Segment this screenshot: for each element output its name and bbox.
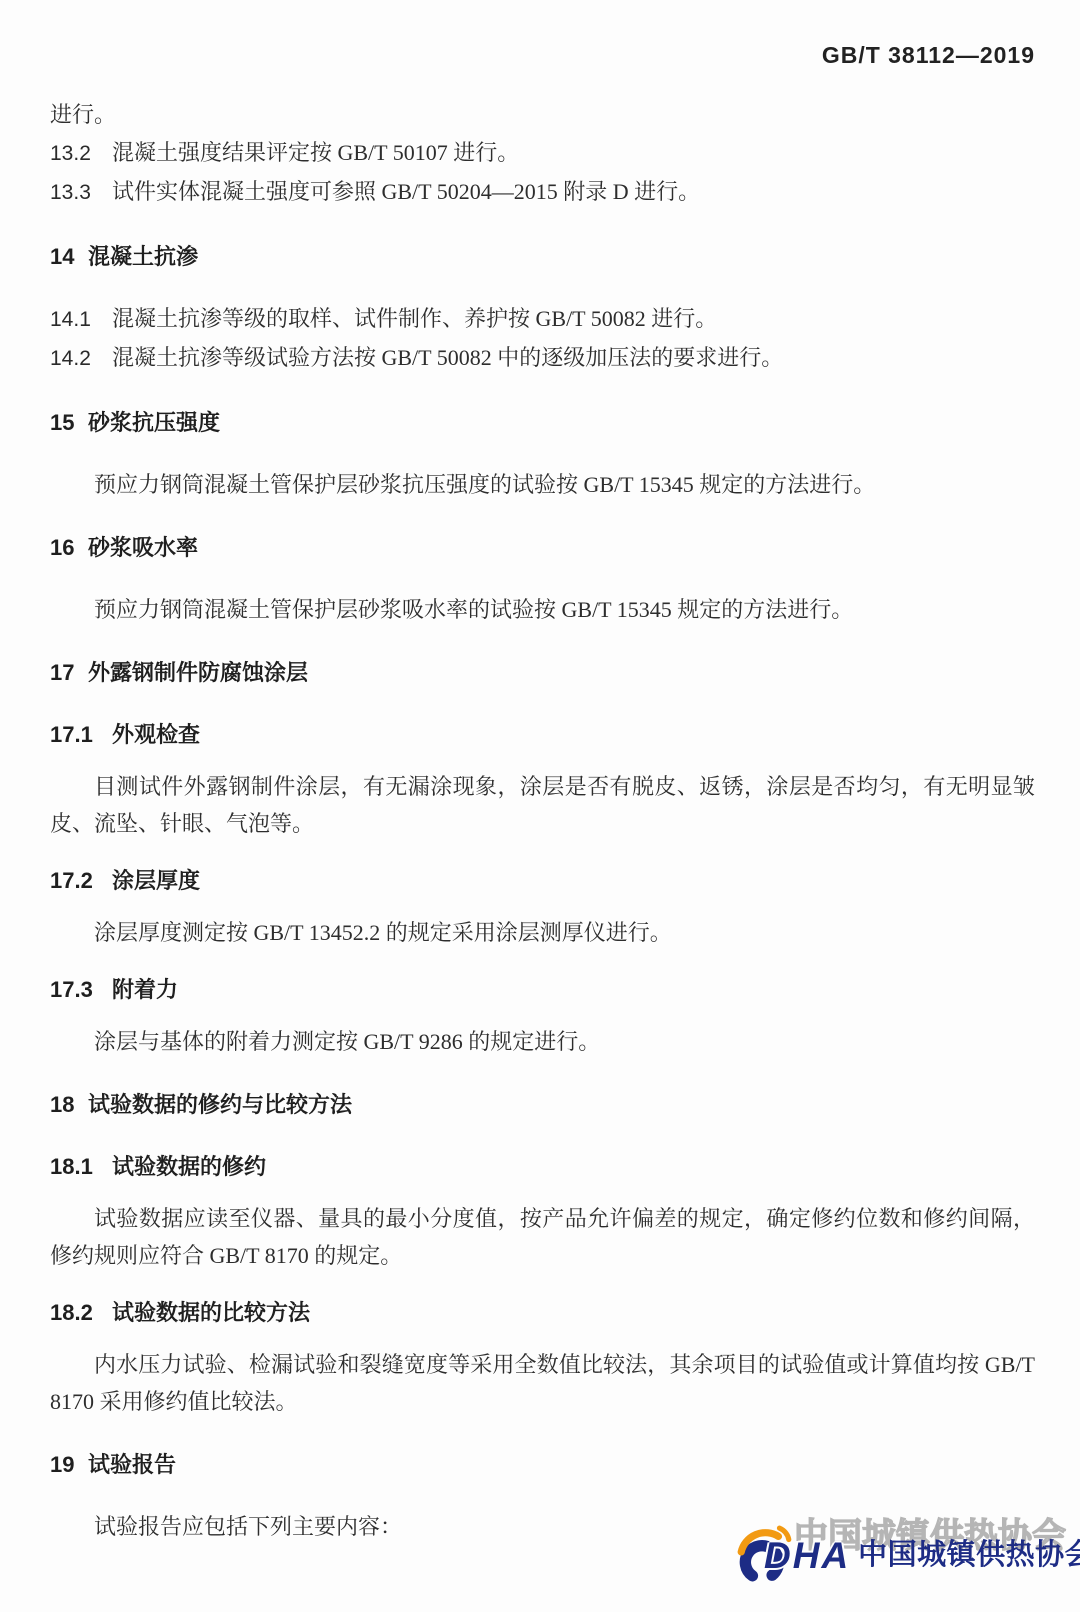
subsection-title: 试验数据的比较方法 bbox=[112, 1294, 310, 1332]
subsection-number: 17.3 bbox=[50, 971, 112, 1009]
subsection-number: 18.1 bbox=[50, 1148, 112, 1186]
section-title: 砂浆吸水率 bbox=[88, 529, 198, 567]
section-number: 14 bbox=[50, 238, 88, 276]
section-number: 15 bbox=[50, 404, 88, 442]
clause-14-2: 14.2混凝土抗渗等级试验方法按 GB/T 50082 中的逐级加压法的要求进行… bbox=[50, 339, 1035, 378]
subsection-title: 涂层厚度 bbox=[112, 862, 200, 900]
paragraph-18-2: 内水压力试验、检漏试验和裂缝宽度等采用全数值比较法，其余项目的试验值或计算值均按… bbox=[50, 1346, 1035, 1420]
section-heading-18: 18试验数据的修约与比较方法 bbox=[50, 1086, 1035, 1124]
subsection-heading-18-1: 18.1试验数据的修约 bbox=[50, 1148, 1035, 1186]
org-name: 中国城镇供热协会 bbox=[858, 1541, 1080, 1570]
subsection-number: 17.2 bbox=[50, 862, 112, 900]
clause-text: 试件实体混凝土强度可参照 GB/T 50204—2015 附录 D 进行。 bbox=[112, 179, 700, 204]
section-heading-16: 16砂浆吸水率 bbox=[50, 529, 1035, 567]
section-number: 18 bbox=[50, 1086, 88, 1124]
clause-number: 13.2 bbox=[50, 135, 112, 173]
section-title: 混凝土抗渗 bbox=[88, 238, 198, 276]
section-title: 外露钢制件防腐蚀涂层 bbox=[88, 654, 308, 692]
subsection-heading-17-2: 17.2涂层厚度 bbox=[50, 862, 1035, 900]
subsection-title: 试验数据的修约 bbox=[112, 1148, 266, 1186]
section-heading-15: 15砂浆抗压强度 bbox=[50, 404, 1035, 442]
paragraph-17-3: 涂层与基体的附着力测定按 GB/T 9286 的规定进行。 bbox=[50, 1023, 1035, 1060]
section-title: 试验数据的修约与比较方法 bbox=[88, 1086, 352, 1124]
clause-14-1: 14.1混凝土抗渗等级的取样、试件制作、养护按 GB/T 50082 进行。 bbox=[50, 300, 1035, 339]
document-page: GB/T 38112—2019 进行。 13.2混凝土强度结果评定按 GB/T … bbox=[0, 0, 1080, 1612]
subsection-title: 外观检查 bbox=[112, 716, 200, 754]
standard-code: GB/T 38112—2019 bbox=[50, 40, 1035, 70]
section-heading-17: 17外露钢制件防腐蚀涂层 bbox=[50, 654, 1035, 692]
dha-abbr: DHA bbox=[764, 1537, 850, 1574]
paragraph-16: 预应力钢筒混凝土管保护层砂浆吸水率的试验按 GB/T 15345 规定的方法进行… bbox=[50, 591, 1035, 628]
clause-number: 14.2 bbox=[50, 340, 112, 378]
clause-text: 混凝土抗渗等级的取样、试件制作、养护按 GB/T 50082 进行。 bbox=[112, 306, 717, 331]
clause-number: 14.1 bbox=[50, 301, 112, 339]
subsection-number: 17.1 bbox=[50, 716, 112, 754]
subsection-heading-17-1: 17.1外观检查 bbox=[50, 716, 1035, 754]
section-title: 试验报告 bbox=[88, 1446, 176, 1484]
paragraph-17-1: 目测试件外露钢制件涂层，有无漏涂现象，涂层是否有脱皮、返锈，涂层是否均匀，有无明… bbox=[50, 768, 1035, 842]
clause-text: 混凝土抗渗等级试验方法按 GB/T 50082 中的逐级加压法的要求进行。 bbox=[112, 345, 783, 370]
subsection-heading-18-2: 18.2试验数据的比较方法 bbox=[50, 1294, 1035, 1332]
paragraph-18-1: 试验数据应读至仪器、量具的最小分度值，按产品允许偏差的规定，确定修约位数和修约间… bbox=[50, 1200, 1035, 1274]
clause-number: 13.3 bbox=[50, 174, 112, 212]
section-number: 16 bbox=[50, 529, 88, 567]
paragraph-15: 预应力钢筒混凝土管保护层砂浆抗压强度的试验按 GB/T 15345 规定的方法进… bbox=[50, 466, 1035, 503]
clause-text: 混凝土强度结果评定按 GB/T 50107 进行。 bbox=[112, 140, 519, 165]
subsection-heading-17-3: 17.3附着力 bbox=[50, 971, 1035, 1009]
dha-association-logo: 中国城镇供热协会 DHA 中国城镇供热协会 bbox=[732, 1514, 1062, 1592]
section-number: 19 bbox=[50, 1446, 88, 1484]
subsection-number: 18.2 bbox=[50, 1294, 112, 1332]
clause-13-3: 13.3试件实体混凝土强度可参照 GB/T 50204—2015 附录 D 进行… bbox=[50, 173, 1035, 212]
section-heading-19: 19试验报告 bbox=[50, 1446, 1035, 1484]
paragraph-17-2: 涂层厚度测定按 GB/T 13452.2 的规定采用涂层测厚仪进行。 bbox=[50, 914, 1035, 951]
section-title: 砂浆抗压强度 bbox=[88, 404, 220, 442]
section-number: 17 bbox=[50, 654, 88, 692]
paragraph-continuation: 进行。 bbox=[50, 96, 1035, 134]
section-heading-14: 14混凝土抗渗 bbox=[50, 238, 1035, 276]
clause-13-2: 13.2混凝土强度结果评定按 GB/T 50107 进行。 bbox=[50, 134, 1035, 173]
subsection-title: 附着力 bbox=[112, 971, 178, 1009]
